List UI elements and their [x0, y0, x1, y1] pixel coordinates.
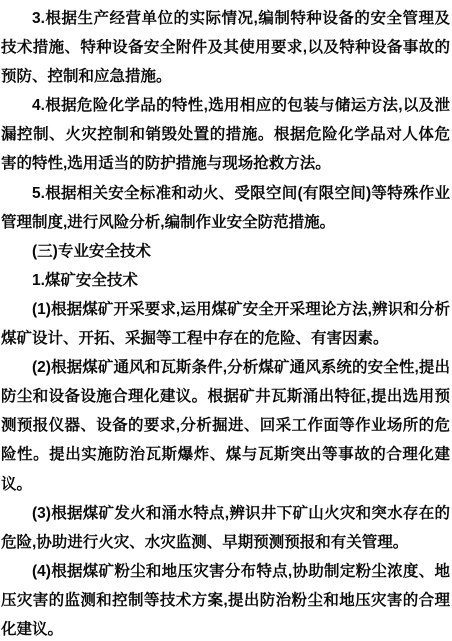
subsection-heading: 1.煤矿安全技术: [1, 266, 450, 295]
paragraph-item-coal-2: (2)根据煤矿通风和瓦斯条件,分析煤矿通风系统的安全性,提出防尘和设备设施合理化…: [1, 353, 450, 498]
paragraph-item-5: 5.根据相关安全标准和动火、受限空间(有限空间)等特殊作业管理制度,进行风险分析…: [1, 179, 450, 237]
section-heading: (三)专业安全技术: [1, 237, 450, 266]
paragraph-item-4: 4.根据危险化学品的特性,选用相应的包装与储运方法,以及泄漏控制、火灾控制和销毁…: [1, 91, 450, 178]
paragraph-item-3: 3.根据生产经营单位的实际情况,编制特种设备的安全管理及技术措施、特种设备安全附…: [1, 4, 450, 91]
paragraph-item-coal-1: (1)根据煤矿开采要求,运用煤矿安全开采理论方法,辨识和分析煤矿设计、开拓、采掘…: [1, 295, 450, 353]
paragraph-item-coal-4: (4)根据煤矿粉尘和地压灾害分布特点,协助制定粉尘浓度、地压灾害的监测和控制等技…: [1, 557, 450, 641]
paragraph-item-coal-3: (3)根据煤矿发火和涌水特点,辨识井下矿山火灾和突水存在的危险,协助进行火灾、水…: [1, 499, 450, 557]
document-page: 3.根据生产经营单位的实际情况,编制特种设备的安全管理及技术措施、特种设备安全附…: [0, 0, 452, 641]
